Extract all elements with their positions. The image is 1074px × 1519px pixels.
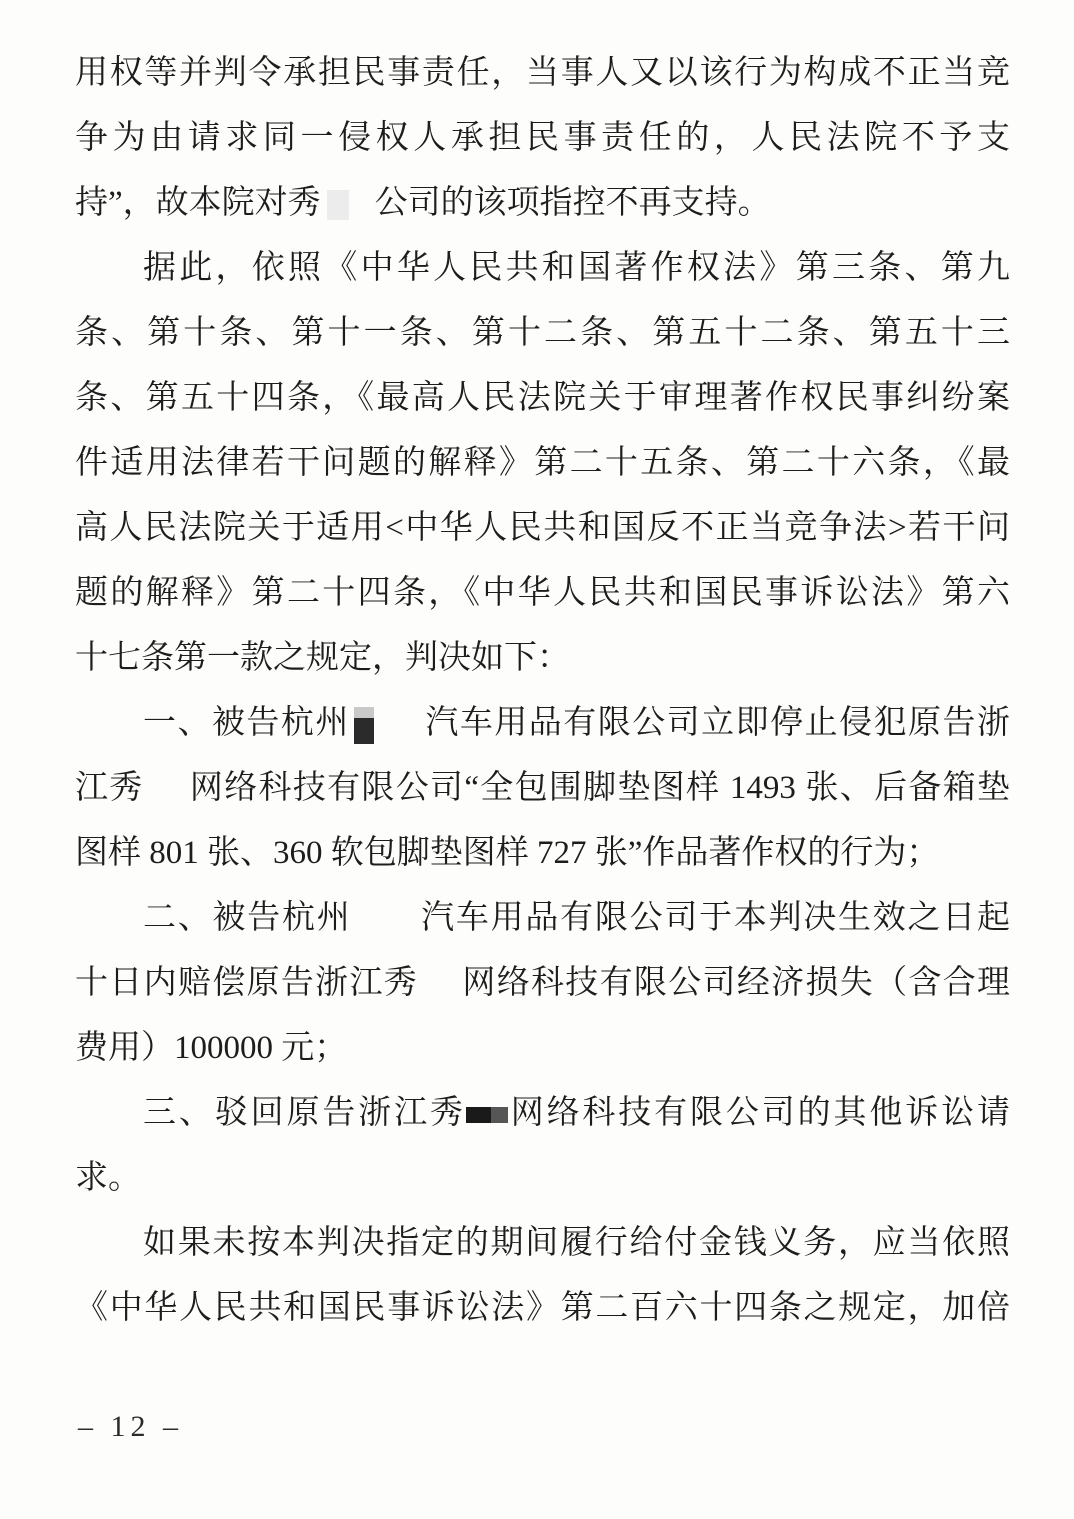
text-run: 二、被告杭州 xyxy=(143,900,351,936)
document-line: 条、第五十四条，《最高人民法院关于审理著作权民事纠纷案 xyxy=(75,366,1010,431)
redaction-gap xyxy=(418,991,461,993)
document-line: 江秀网络科技有限公司“全包围脚垫图样 1493 张、后备箱垫 xyxy=(75,756,1010,821)
redaction-gap xyxy=(374,731,424,733)
judgment-text-block: 用权等并判令承担民事责任，当事人又以该行为构成不正当竞争为由请求同一侵权人承担民… xyxy=(75,41,1010,1341)
document-line: 用权等并判令承担民事责任，当事人又以该行为构成不正当竞 xyxy=(75,41,1010,106)
text-run: 用权等并判令承担民事责任，当事人又以该行为构成不正当竞 xyxy=(75,55,1010,91)
document-line: 《中华人民共和国民事诉讼法》第二百六十四条之规定，加倍 xyxy=(75,1276,1010,1341)
text-run: 持”，故本院对秀 xyxy=(75,185,321,221)
text-run: 条、第十条、第十一条、第十二条、第五十二条、第五十三 xyxy=(75,315,1010,351)
text-run: 一、被告杭州 xyxy=(143,705,350,741)
document-line: 一、被告杭州汽车用品有限公司立即停止侵犯原告浙 xyxy=(75,691,1010,756)
text-run: 题的解释》第二十四条，《中华人民共和国民事诉讼法》第六 xyxy=(75,575,1010,611)
document-line: 据此，依照《中华人民共和国著作权法》第三条、第九 xyxy=(75,236,1010,301)
judgment-page: 用权等并判令承担民事责任，当事人又以该行为构成不正当竞争为由请求同一侵权人承担民… xyxy=(0,0,1074,1519)
document-line: 题的解释》第二十四条，《中华人民共和国民事诉讼法》第六 xyxy=(75,561,1010,626)
text-run: 十日内赔偿原告浙江秀 xyxy=(75,965,418,1001)
document-line: 条、第十条、第十一条、第十二条、第五十二条、第五十三 xyxy=(75,301,1010,366)
text-run: 条、第五十四条，《最高人民法院关于审理著作权民事纠纷案 xyxy=(75,380,1010,416)
document-line: 十日内赔偿原告浙江秀网络科技有限公司经济损失（含合理 xyxy=(75,951,1010,1016)
text-run: 公司的该项指控不再支持。 xyxy=(375,185,771,221)
document-line: 费用）100000 元； xyxy=(75,1016,1010,1081)
document-line: 持”，故本院对秀公司的该项指控不再支持。 xyxy=(75,171,1010,236)
document-line: 三、驳回原告浙江秀网络科技有限公司的其他诉讼请 xyxy=(75,1081,1010,1146)
document-line: 如果未按本判决指定的期间履行给付金钱义务，应当依照 xyxy=(75,1211,1010,1276)
text-run: 三、驳回原告浙江秀 xyxy=(143,1095,466,1131)
redaction-gap xyxy=(351,926,419,928)
text-run: 据此，依照《中华人民共和国著作权法》第三条、第九 xyxy=(143,250,1010,286)
redaction-block xyxy=(466,1107,508,1123)
document-line: 高人民法院关于适用<中华人民共和国反不正当竞争法>若干问 xyxy=(75,496,1010,561)
document-line: 件适用法律若干问题的解释》第二十五条、第二十六条，《最 xyxy=(75,431,1010,496)
document-line: 十七条第一款之规定，判决如下： xyxy=(75,626,1010,691)
document-line: 图样 801 张、360 软包脚垫图样 727 张”作品著作权的行为； xyxy=(75,821,1010,886)
text-run: 件适用法律若干问题的解释》第二十五条、第二十六条，《最 xyxy=(75,445,1010,481)
page-number: – 12 – xyxy=(78,1402,183,1452)
text-run: 求。 xyxy=(75,1160,141,1196)
text-run: 《中华人民共和国民事诉讼法》第二百六十四条之规定，加倍 xyxy=(75,1290,1010,1326)
document-line: 二、被告杭州汽车用品有限公司于本判决生效之日起 xyxy=(75,886,1010,951)
redaction-block xyxy=(354,707,374,744)
text-run: 江秀 xyxy=(75,770,144,806)
document-line: 争为由请求同一侵权人承担民事责任的，人民法院不予支 xyxy=(75,106,1010,171)
text-run: 争为由请求同一侵权人承担民事责任的，人民法院不予支 xyxy=(75,120,1010,156)
text-run: 网络科技有限公司“全包围脚垫图样 1493 张、后备箱垫 xyxy=(189,770,1010,806)
text-run: 汽车用品有限公司于本判决生效之日起 xyxy=(419,900,1010,936)
text-run: 如果未按本判决指定的期间履行给付金钱义务，应当依照 xyxy=(143,1225,1010,1261)
redaction-block xyxy=(327,190,349,220)
text-run: 汽车用品有限公司立即停止侵犯原告浙 xyxy=(424,705,1010,741)
text-run: 网络科技有限公司的其他诉讼请 xyxy=(508,1095,1010,1131)
redaction-gap xyxy=(144,796,189,798)
redaction-gap xyxy=(349,211,375,213)
text-run: 网络科技有限公司经济损失（含合理 xyxy=(461,965,1010,1001)
text-run: 图样 801 张、360 软包脚垫图样 727 张”作品著作权的行为； xyxy=(75,835,939,871)
text-run: 费用）100000 元； xyxy=(75,1030,347,1066)
text-run: 十七条第一款之规定，判决如下： xyxy=(75,640,570,676)
text-run: 高人民法院关于适用<中华人民共和国反不正当竞争法>若干问 xyxy=(75,510,1010,546)
document-line: 求。 xyxy=(75,1146,1010,1211)
